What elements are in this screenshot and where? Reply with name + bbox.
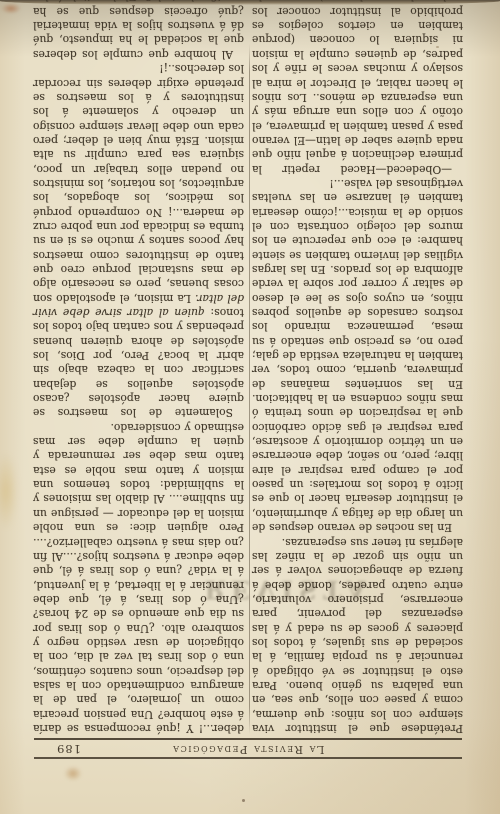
upside-down-page-content: La Revista Pedagógica 189 REVISTA Pretén… (0, 0, 500, 814)
scanned-page: La Revista Pedagógica 189 REVISTA Pretén… (0, 0, 500, 814)
body-paragraph: En las noches de verano despues de un la… (252, 176, 463, 535)
body-paragraph: deber...! Y ¡qué recompensa se daría á e… (33, 419, 244, 735)
body-paragraph: Preténdese que el institutor viva siempr… (252, 534, 463, 735)
right-column: deber...! Y ¡qué recompensa se daría á e… (33, 14, 244, 735)
paragraph-text: Solamente de los maestros se quiere hace… (33, 306, 244, 419)
page-number: 189 (56, 742, 81, 756)
body-paragraph: Solamente de los maestros se quiere hace… (33, 61, 244, 420)
page-body: Preténdese que el institutor viva siempr… (33, 14, 463, 735)
body-paragraph: —Obedeced—Haced repetir la primera decli… (252, 0, 463, 176)
left-column: Preténdese que el institutor viva siempr… (252, 14, 463, 735)
column-divider-rule (249, 44, 250, 734)
journal-title: La Revista Pedagógica (34, 743, 462, 756)
body-paragraph: Al hombre que cumple los deberes que la … (33, 0, 244, 61)
paragraph-text: La mision, el apostolado son cosas buena… (33, 62, 244, 305)
page-header: La Revista Pedagógica 189 (34, 738, 462, 759)
